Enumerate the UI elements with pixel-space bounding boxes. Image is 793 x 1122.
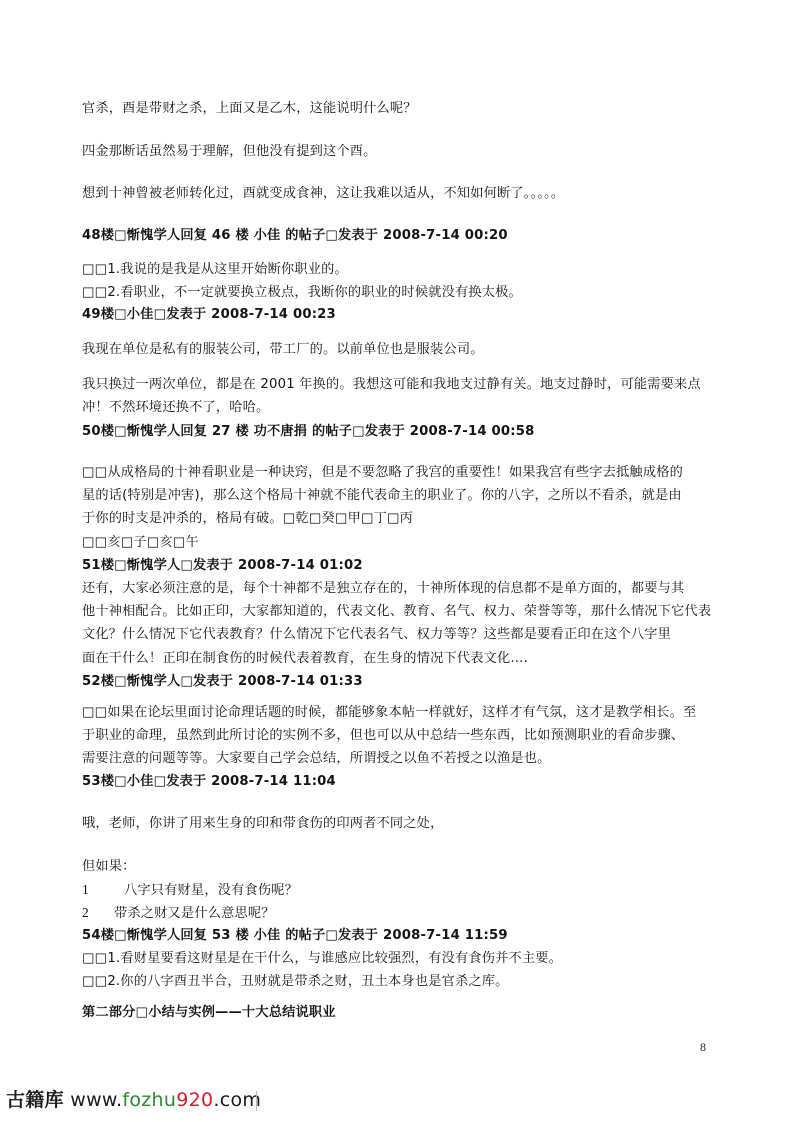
text-line: 想到十神曾被老师转化过，酉就变成食神，这让我难以适从，不知如何断了。。。。。 [82,185,564,203]
text-line: 他十神相配合。比如正印，大家都知道的，代表文化、教育、名气、权力、荣誉等等，那什… [82,603,711,621]
text-line: 于你的时支是冲杀的，格局有破。□乾□癸□甲□丁□丙 [82,510,413,528]
watermark-url-prefix: www. [70,1089,122,1111]
watermark-site-name: 古籍库 [6,1089,64,1111]
watermark-url-red: 920 [176,1089,213,1111]
text-line: □□2.你的八字酉丑半合，丑财就是带杀之财，丑土本身也是官杀之库。 [82,973,509,991]
list-text: 八字只有财星，没有食伤呢？ [124,883,298,898]
text-line: 但如果： [82,858,136,876]
text-line: □□亥□子□亥□午 [82,534,199,552]
text-line: 星的话(特别是冲害)，那么这个格局十神就不能代表命主的职业了。你的八字，之所以不… [82,487,682,505]
watermark-url-green: fozhu [122,1089,176,1111]
text-line: 哦，老师，你讲了用来生身的印和带食伤的印两者不同之处， [82,815,443,833]
text-line: □□1.看财星要看这财星是在干什么，与谁感应比较强烈，有没有食伤并不主要。 [82,950,562,968]
text-line: 于职业的命理，虽然到此所讨论的实例不多，但也可以从中总结一些东西，比如预测职业的… [82,727,684,745]
text-line: 冲！不然环境还换不了，哈哈。 [82,399,269,417]
page-number: 8 [700,1040,706,1055]
post-header: 52楼□惭愧学人□发表于 2008-7-14 01:33 [82,673,363,691]
post-header: 49楼□小佳□发表于 2008-7-14 00:23 [82,306,336,324]
text-line: 还有，大家必须注意的是，每个十神都不是独立存在的，十神所体现的信息都不是单方面的… [82,580,684,598]
list-number: 1 [82,881,124,899]
watermark-url-suffix: .com [213,1089,261,1111]
post-header: 53楼□小佳□发表于 2008-7-14 11:04 [82,773,336,791]
list-item: 1八字只有财星，没有食伤呢？ [82,881,298,900]
text-line: □□如果在论坛里面讨论命理话题的时候，都能够象本帖一样就好，这样才有气氛，这才是… [82,704,696,722]
text-line: □□2.看职业，不一定就要换立极点，我断你的职业的时候就没有换太极。 [82,284,522,302]
text-line: □□从成格局的十神看职业是一种诀窍，但是不要忽略了我宫的重要性！如果我宫有些字去… [82,464,683,482]
document-page: 官杀，酉是带财之杀，上面又是乙木，这能说明什么呢？四金那断话虽然易于理解，但他没… [0,0,793,1122]
text-line: 官杀，酉是带财之杀，上面又是乙木，这能说明什么呢？ [82,100,417,118]
list-number: 2 [82,904,114,922]
post-header: 51楼□惭愧学人□发表于 2008-7-14 01:02 [82,557,363,575]
watermark-divider [256,1091,257,1111]
watermark: 古籍库 www.fozhu920.com [6,1088,261,1112]
post-header: 50楼□惭愧学人回复 27 楼 功不唐捐 的帖子□发表于 2008-7-14 0… [82,423,535,441]
post-header: 54楼□惭愧学人回复 53 楼 小佳 的帖子□发表于 2008-7-14 11:… [82,927,508,945]
list-item: 2带杀之财又是什么意思呢？ [82,904,275,923]
text-line: 四金那断话虽然易于理解，但他没有提到这个酉。 [82,143,377,161]
post-header: 48楼□惭愧学人回复 46 楼 小佳 的帖子□发表于 2008-7-14 00:… [82,227,508,245]
text-line: 面在干什么！正印在制食伤的时候代表着教育，在生身的情况下代表文化.... [82,650,528,668]
text-line: 我只换过一两次单位，都是在 2001 年换的。我想这可能和我地支过静有关。地支过… [82,376,701,394]
text-line: 需要注意的问题等等。大家要自己学会总结，所谓授之以鱼不若授之以渔是也。 [82,750,551,768]
text-line: 我现在单位是私有的服装公司，带工厂的。以前单位也是服装公司。 [82,341,484,359]
section-heading: 第二部分□小结与实例——十大总结说职业 [82,1004,336,1022]
text-line: 文化？什么情况下它代表教育？什么情况下它代表名气、权力等等？这些都是要看正印在这… [82,626,671,644]
text-line: □□1.我说的是我是从这里开始断你职业的。 [82,261,348,279]
list-text: 带杀之财又是什么意思呢？ [114,906,275,921]
